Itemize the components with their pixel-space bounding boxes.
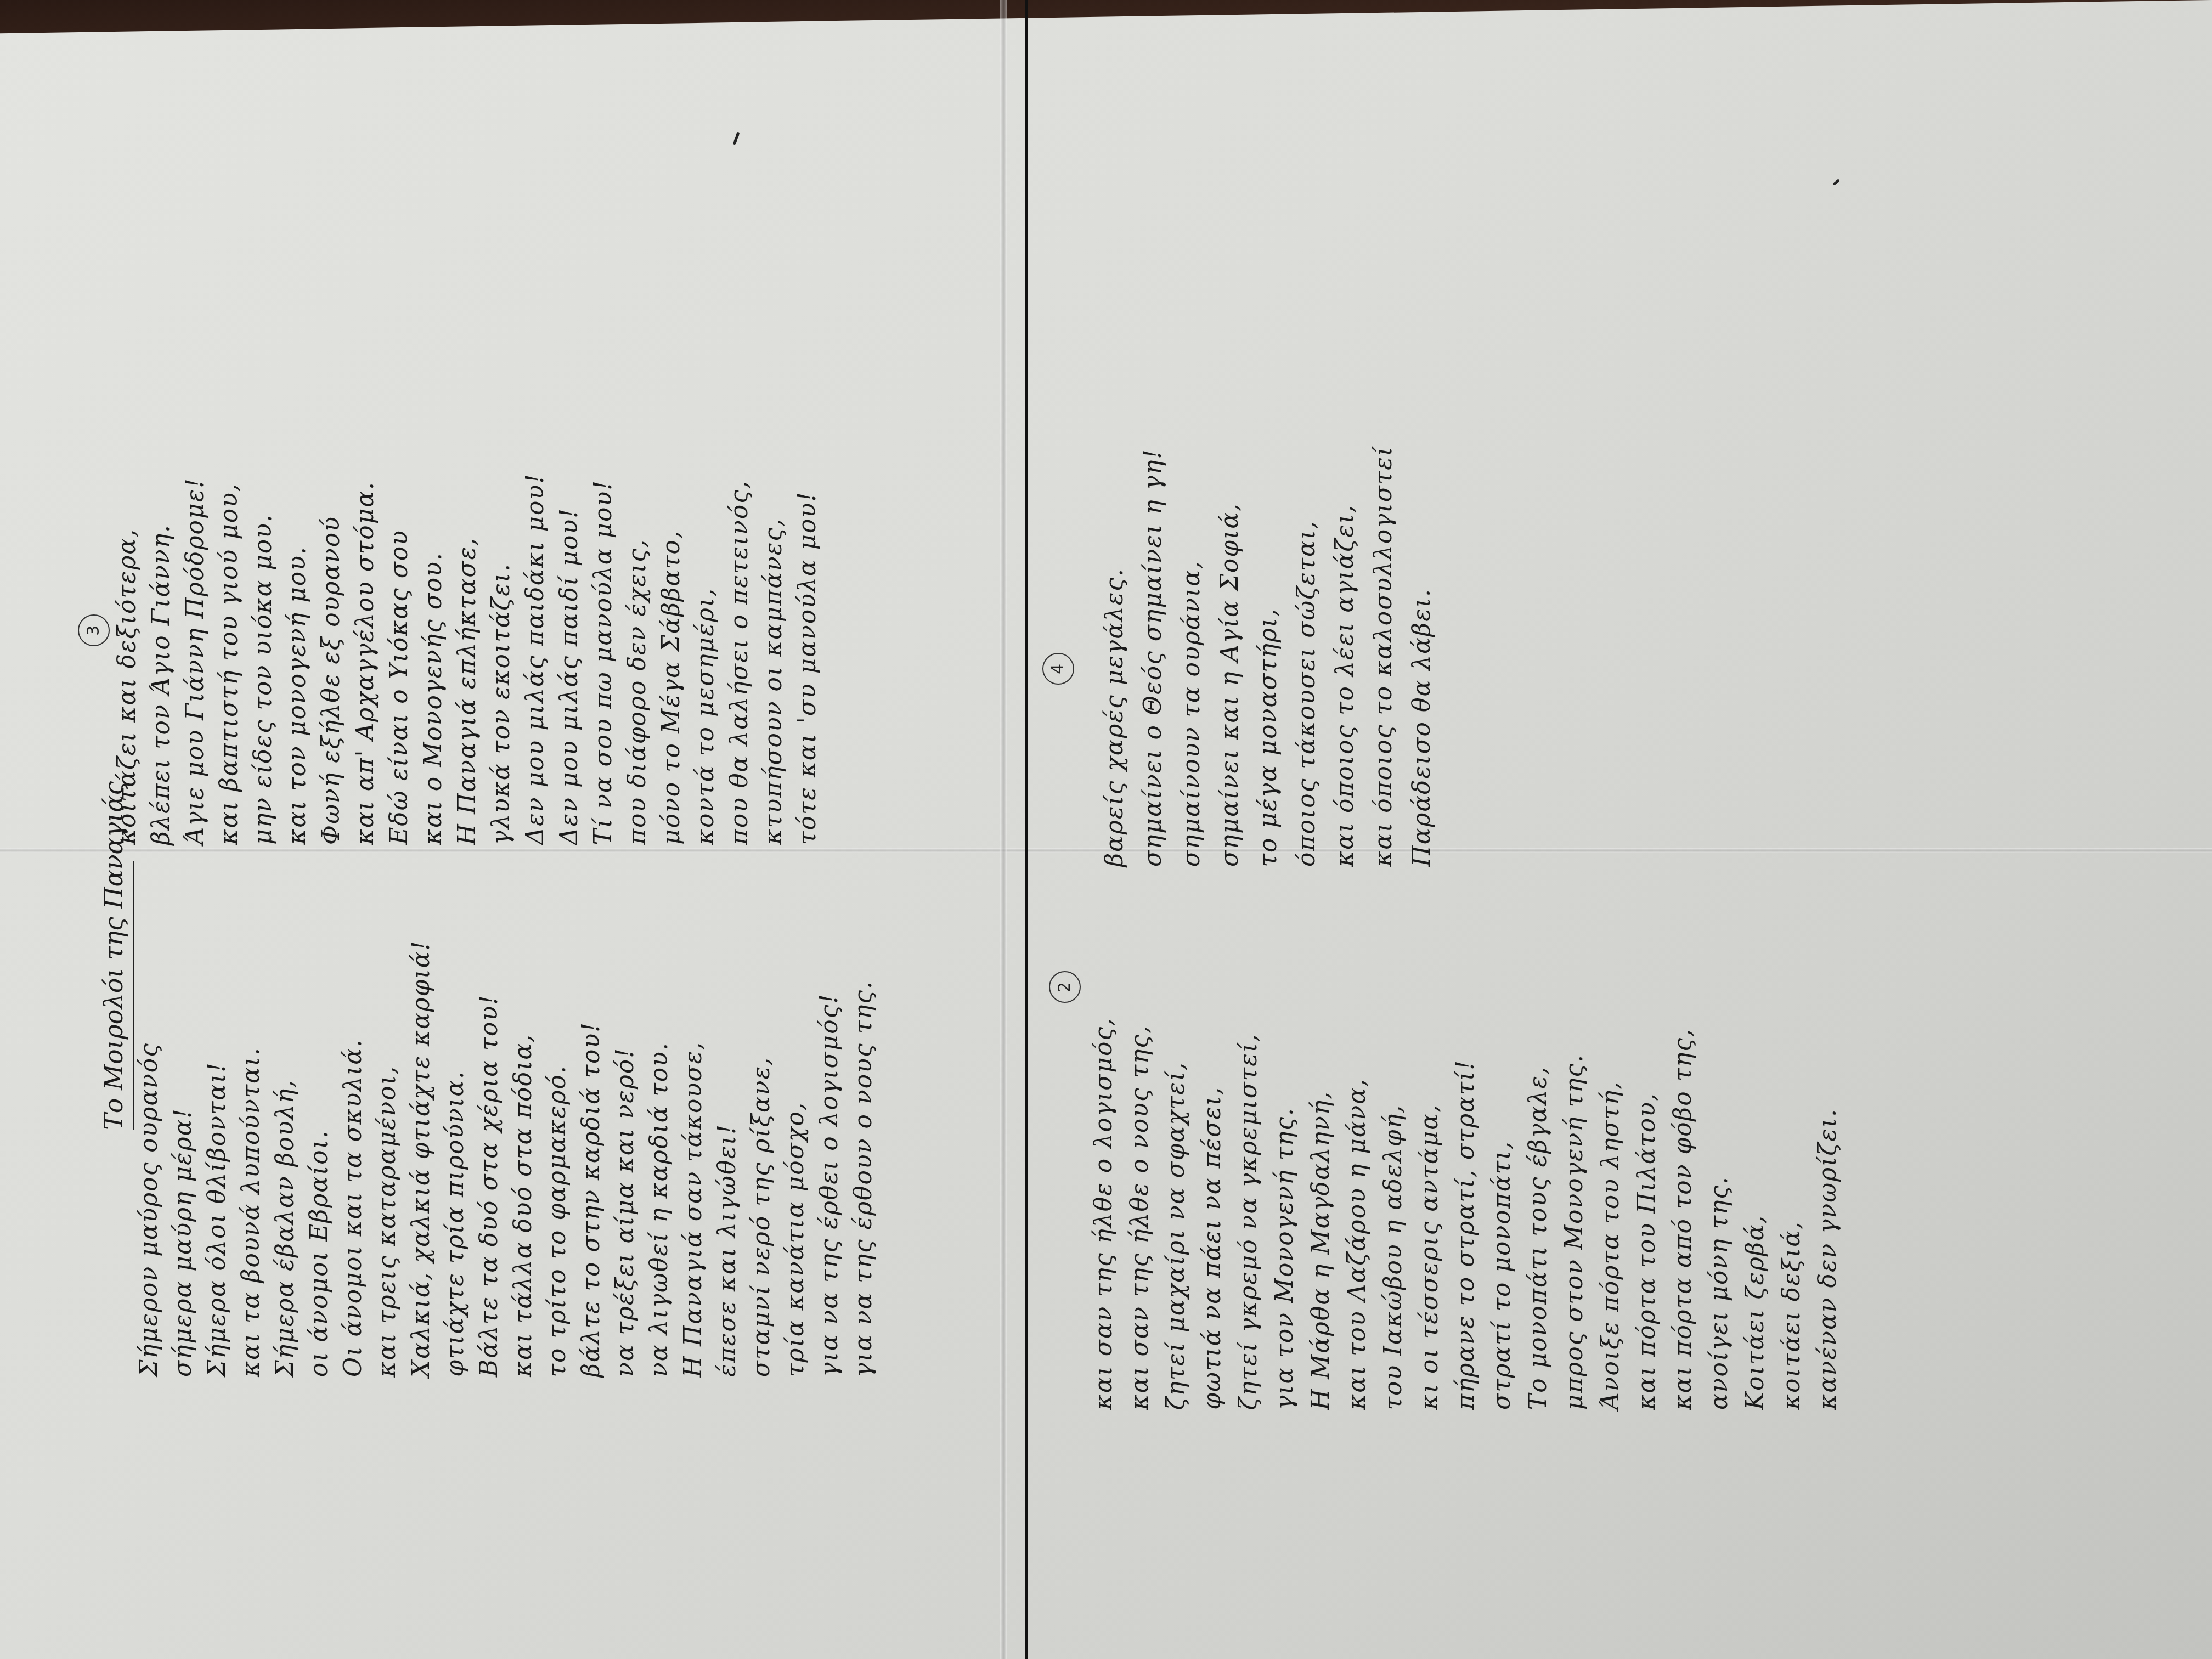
verse-line: Τί να σου πω μανούλα μου! bbox=[591, 479, 616, 845]
section-3-verses: κοιτάζει και δεξιότερα, βλέπει τον Άγιο … bbox=[115, 373, 820, 845]
verse-line: του Ιακώβου η αδελφή, bbox=[1381, 1104, 1406, 1410]
verse-line: να τρέξει αίμα και νερό! bbox=[613, 1047, 637, 1377]
verse-line: και τάλλα δυό στα πόδια, bbox=[511, 1034, 535, 1377]
section-3-number-badge: 3 bbox=[78, 614, 110, 646]
verse-line: και όποιος το λέει αγιάζει, bbox=[1333, 504, 1357, 867]
verse-line: σήμερα μαύρη μέρα! bbox=[171, 1108, 195, 1377]
verse-line: Χαλκιά, χαλκιά φτιάχτε καρφιά! bbox=[409, 940, 433, 1377]
verse-line: που διάφορο δεν έχεις, bbox=[625, 539, 650, 845]
verse-line: πήρανε το στρατί, στρατί! bbox=[1454, 1059, 1478, 1410]
verse-line: Η Παναγιά επλήκτασε, bbox=[455, 537, 479, 845]
verse-line: και ο Μονογενής σου. bbox=[421, 552, 445, 845]
verse-line: ζητεί γκρεμό να γκρεμιστεί, bbox=[1237, 1033, 1261, 1410]
verse-line: Σήμερον μαύρος ουρανός bbox=[137, 1042, 161, 1377]
verse-line: σημαίνουν τα ουράνια, bbox=[1180, 560, 1204, 867]
verse-line: και απ' Αρχαγγέλου στόμα. bbox=[353, 481, 377, 845]
verse-line: για να της έρθουν ο νους της. bbox=[851, 980, 876, 1377]
verse-line: Σήμερα έβαλαν βουλή, bbox=[273, 1079, 297, 1377]
page-separator-edge bbox=[1025, 0, 1028, 1659]
verse-line: και τρεις καταραμένοι, bbox=[375, 1065, 399, 1377]
verse-line: οι άνομοι Εβραίοι. bbox=[307, 1130, 331, 1377]
verse-line: τότε και 'συ μανούλα μου! bbox=[795, 491, 820, 845]
verse-line: Φωνή εξήλθε εξ ουρανού bbox=[319, 516, 343, 845]
verse-line: κοντά το μεσημέρι, bbox=[693, 588, 718, 845]
verse-line: μην είδες τον υιόκα μου. bbox=[251, 513, 275, 845]
verse-line: και τον μονογενή μου. bbox=[285, 546, 309, 845]
section-4-number-badge: 4 bbox=[1042, 653, 1074, 685]
verse-line: έπεσε και λιγώθει! bbox=[715, 1124, 740, 1377]
verse-line: μπρος στον Μονογενή της. bbox=[1562, 1054, 1587, 1410]
verse-line: Σήμερα όλοι θλίβονται! bbox=[205, 1062, 229, 1377]
verse-line: να λιγωθεί η καρδιά του. bbox=[647, 1042, 672, 1377]
verse-line: φωτιά να πάει να πέσει, bbox=[1200, 1086, 1224, 1410]
verse-line: το μέγα μοναστήρι, bbox=[1256, 608, 1280, 867]
verse-line: Άγιε μου Γιάννη Πρόδρομε! bbox=[183, 477, 207, 845]
section-2-number-badge: 2 bbox=[1049, 971, 1081, 1003]
section-4-verses: βαρείς χαρές μεγάλες. σημαίνει ο Θεός ση… bbox=[1103, 384, 1434, 867]
verse-line: και όποιος το καλοσυλλογιστεί bbox=[1372, 445, 1396, 867]
verse-line: Δεν μου μιλάς παιδί μου! bbox=[557, 507, 582, 845]
document-title: Το Μοιρολόι της Παναγιάς bbox=[99, 861, 134, 1130]
section-1-verses: Σήμερον μαύρος ουρανός σήμερα μαύρη μέρα… bbox=[137, 905, 876, 1377]
verse-line: βάλτε το στην καρδιά του! bbox=[579, 1022, 603, 1377]
verse-line: το τρίτο το φαρμακερό. bbox=[545, 1065, 569, 1377]
verse-line: σημαίνει και η Αγία Σοφιά, bbox=[1218, 503, 1242, 867]
verse-line: βαρείς χαρές μεγάλες. bbox=[1103, 568, 1127, 867]
verse-line: κοιτάζει και δεξιότερα, bbox=[115, 528, 139, 845]
verse-line: και πόρτα από τον φόβο της, bbox=[1671, 1028, 1695, 1410]
verse-line: και τα βουνά λυπούνται. bbox=[239, 1047, 263, 1377]
verse-line: Βάλτε τα δυό στα χέρια του! bbox=[477, 994, 501, 1377]
verse-line: ανοίγει μόνη της. bbox=[1707, 1176, 1731, 1410]
verse-line: φτιάχτε τρία πιρούνια. bbox=[443, 1070, 467, 1377]
verse-line: Η Παναγιά σαν τάκουσε, bbox=[681, 1041, 706, 1377]
verse-line: στρατί το μονοπάτι, bbox=[1490, 1141, 1514, 1410]
verse-line: Εδώ είναι ο Υιόκας σου bbox=[387, 529, 411, 845]
verse-line: Δεν μου μιλάς παιδάκι μου! bbox=[523, 473, 548, 845]
verse-line: γλυκά τον εκοιτάζει. bbox=[489, 563, 513, 845]
verse-line: κοιτάει δεξιά, bbox=[1780, 1221, 1804, 1410]
verse-line: για να της έρθει ο λογισμός! bbox=[817, 993, 842, 1377]
verse-line: μόνο το Μέγα Σάββατο, bbox=[659, 530, 684, 845]
verse-line: κι οι τέσσερις αντάμα, bbox=[1418, 1104, 1442, 1410]
verse-line: κανέναν δεν γνωρίζει. bbox=[1816, 1108, 1840, 1410]
verse-line: βλέπει τον Άγιο Γιάννη. bbox=[149, 524, 173, 845]
verse-line: και πόρτα του Πιλάτου, bbox=[1635, 1092, 1659, 1410]
verse-line: που θα λαλήσει ο πετεινός, bbox=[727, 480, 752, 845]
verse-line: όποιος τάκουσει σώζεται, bbox=[1295, 520, 1319, 867]
verse-line: ζητεί μαχαίρι να σφαχτεί, bbox=[1164, 1062, 1188, 1410]
verse-line: κτυπήσουν οι καμπάνες, bbox=[761, 518, 786, 845]
verse-line: σταμνί νερό της ρίξανε, bbox=[749, 1057, 774, 1377]
vertical-fold-crease bbox=[1000, 0, 1007, 1659]
verse-line: Κοιτάει ζερβά, bbox=[1743, 1215, 1768, 1410]
verse-line: για τον Μονογενή της. bbox=[1273, 1107, 1297, 1410]
verse-line: Άνοιξε πόρτα του ληστή, bbox=[1599, 1081, 1623, 1410]
verse-line: Η Μάρθα η Μαγδαληνή, bbox=[1309, 1091, 1333, 1410]
verse-line: και σαν της ήλθε ο λογισμός, bbox=[1092, 1017, 1116, 1410]
verse-line: τρία κανάτια μόσχο, bbox=[783, 1102, 808, 1377]
verse-line: Οι άνομοι και τα σκυλιά. bbox=[341, 1039, 365, 1377]
verse-line: Παράδεισο θα λάβει. bbox=[1410, 588, 1434, 867]
section-2-verses: και σαν της ήλθε ο λογισμός, και σαν της… bbox=[1092, 883, 1840, 1410]
verse-line: και του Λαζάρου η μάνα, bbox=[1345, 1078, 1369, 1410]
verse-line: και βαπτιστή του γιού μου, bbox=[217, 483, 241, 845]
verse-line: Το μονοπάτι τους έβγαλε, bbox=[1526, 1066, 1550, 1410]
verse-line: σημαίνει ο Θεός σημαίνει η γη! bbox=[1141, 448, 1165, 867]
verse-line: και σαν της ήλθε ο νους της, bbox=[1128, 1025, 1152, 1410]
